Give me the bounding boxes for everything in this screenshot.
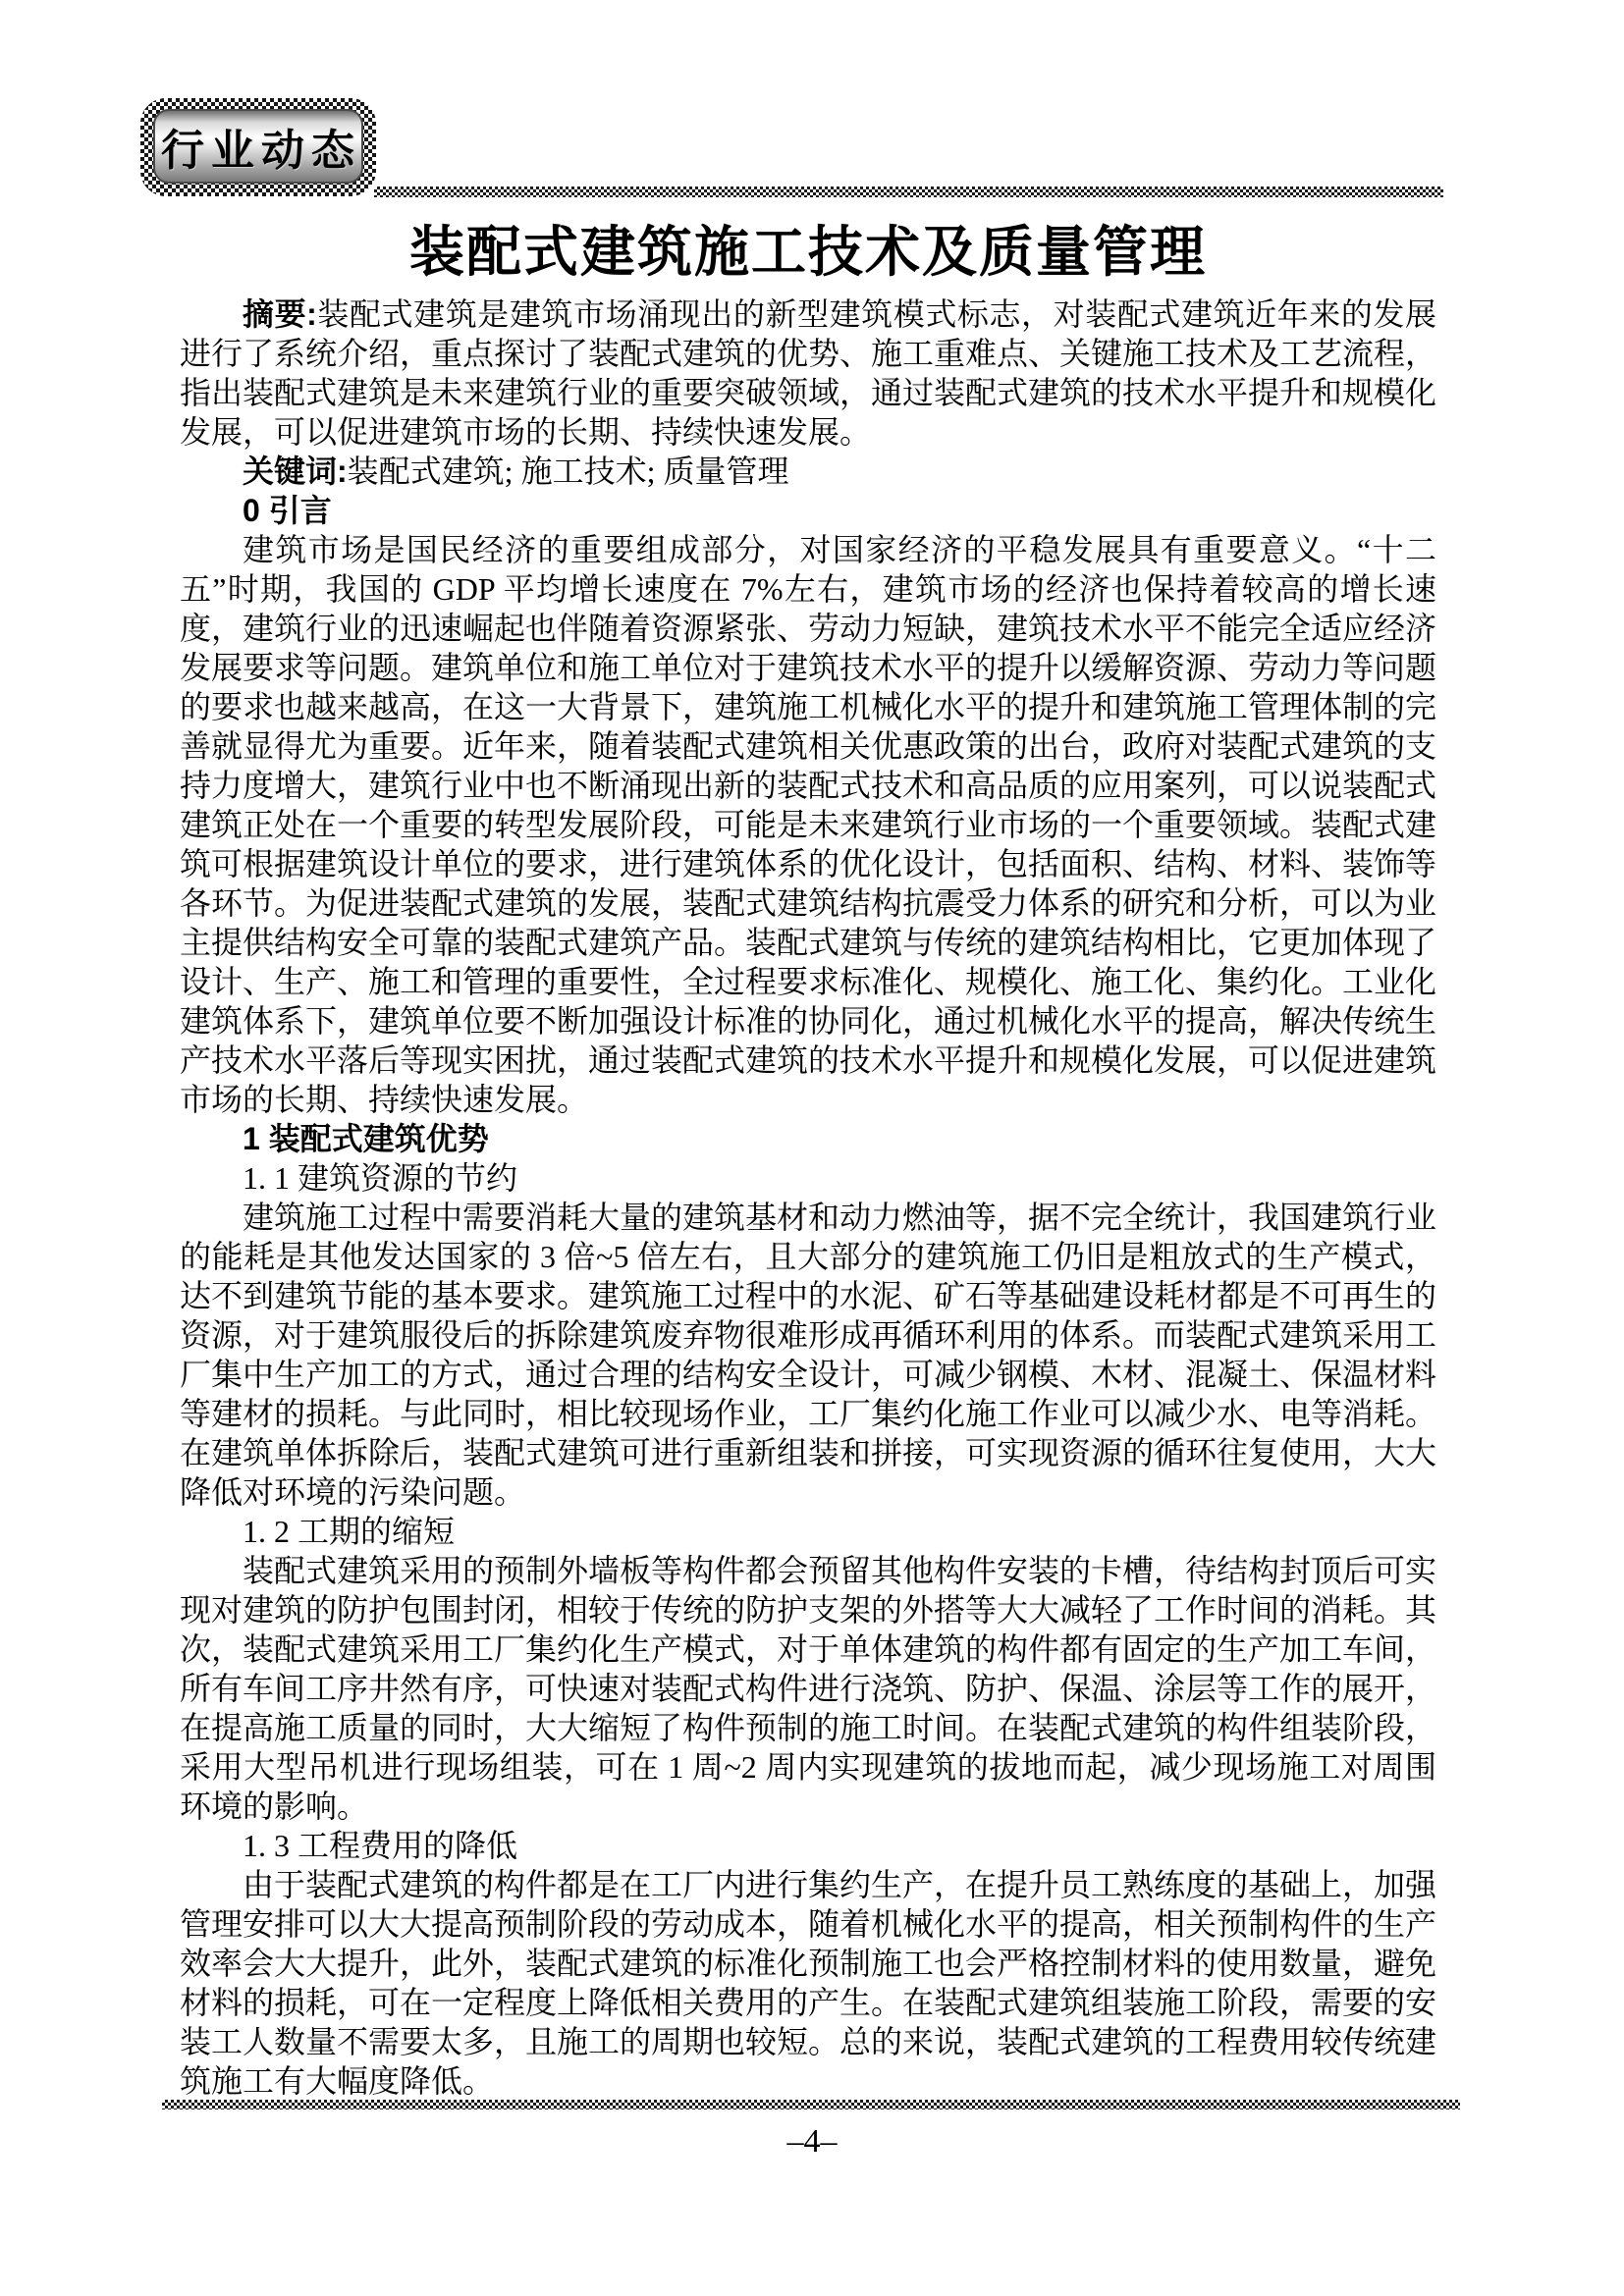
subsection-heading-schedule: 1. 2 工期的缩短: [180, 1512, 1436, 1551]
abstract-text: 装配式建筑是建筑市场涌现出的新型建筑模式标志，对装配式建筑近年来的发展进行了系统…: [180, 296, 1436, 450]
section-heading-intro: 0 引言: [180, 491, 1436, 530]
article-title: 装配式建筑施工技术及质量管理: [180, 218, 1436, 289]
subsection-paragraph-schedule: 装配式建筑采用的预制外墙板等构件都会预留其他构件安装的卡槽，待结构封顶后可实现对…: [180, 1551, 1436, 1826]
subsection-heading-resources: 1. 1 建筑资源的节约: [180, 1158, 1436, 1198]
subsection-heading-cost: 1. 3 工程费用的降低: [180, 1826, 1436, 1865]
section-badge-panel: 行业动态: [153, 109, 363, 184]
section-heading-advantages: 1 装配式建筑优势: [180, 1119, 1436, 1158]
keywords-paragraph: 关键词:装配式建筑; 施工技术; 质量管理: [180, 452, 1436, 491]
abstract-label: 摘要:: [243, 296, 317, 332]
footer-rule: [162, 2100, 1460, 2109]
article-body: 装配式建筑施工技术及质量管理 摘要:装配式建筑是建筑市场涌现出的新型建筑模式标志…: [180, 218, 1436, 2101]
document-page: 行业动态 装配式建筑施工技术及质量管理 摘要:装配式建筑是建筑市场涌现出的新型建…: [0, 0, 1624, 2296]
section-paragraph-intro: 建筑市场是国民经济的重要组成部分，对国家经济的平稳发展具有重要意义。“十二五”时…: [180, 530, 1436, 1119]
header-rule: [374, 187, 1443, 197]
subsection-paragraph-cost: 由于装配式建筑的构件都是在工厂内进行集约生产，在提升员工熟练度的基础上，加强管理…: [180, 1865, 1436, 2101]
keywords-label: 关键词:: [243, 454, 348, 489]
keywords-text: 装配式建筑; 施工技术; 质量管理: [348, 454, 789, 489]
section-badge-label: 行业动态: [161, 115, 361, 178]
subsection-paragraph-resources: 建筑施工过程中需要消耗大量的建筑基材和动力燃油等，据不完全统计，我国建筑行业的能…: [180, 1198, 1436, 1512]
abstract-paragraph: 摘要:装配式建筑是建筑市场涌现出的新型建筑模式标志，对装配式建筑近年来的发展进行…: [180, 294, 1436, 452]
section-badge: 行业动态: [140, 98, 376, 196]
page-number: –4–: [0, 2122, 1624, 2162]
